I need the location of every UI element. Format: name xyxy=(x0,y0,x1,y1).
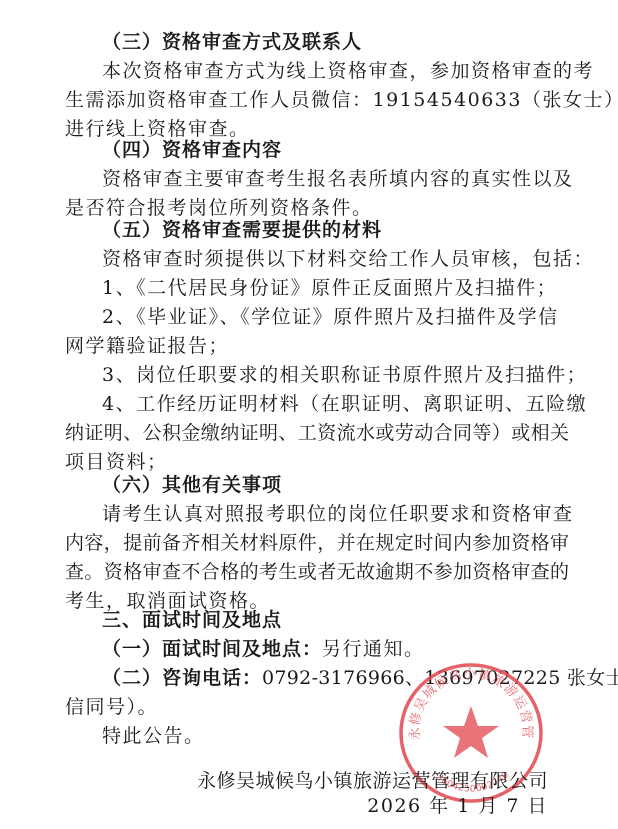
paragraph-line: 是否符合报考岗位所列资格条件。 xyxy=(65,196,545,220)
paragraph-line: 项目资料； xyxy=(65,450,545,474)
paragraph-line: 请考生认真对照报考职位的岗位任职要求和资格审查 xyxy=(102,502,582,526)
paragraph-line: 内容，提前备齐相关材料原件，并在规定时间内参加资格审 xyxy=(65,531,545,555)
paragraph-line: 资格审查主要审查考生报名表所填内容的真实性以及 xyxy=(102,167,582,191)
interview-time-value: 另行通知。 xyxy=(322,638,425,660)
interview-time-label: （一）面试时间及地点： xyxy=(102,638,322,660)
document-page: （三）资格审查方式及联系人 本次资格审查方式为线上资格审查，参加资格审查的考 生… xyxy=(0,0,618,829)
section-heading: （三）资格审查方式及联系人 xyxy=(102,30,582,54)
signature-date: 2026 年 1 月 7 日 xyxy=(367,794,548,818)
paragraph-line: 网学籍验证报告； xyxy=(65,334,545,358)
contact-phone-label: （二）咨询电话： xyxy=(102,667,262,689)
list-item: 2、《毕业证》、《学位证》原件照片及扫描件及学信 xyxy=(102,305,582,329)
paragraph-line: 生需添加资格审查工作人员微信：19154540633（张女士） xyxy=(65,88,545,112)
section-heading: （四）资格审查内容 xyxy=(102,138,582,162)
list-item: 3、岗位任职要求的相关职称证书原件照片及扫描件； xyxy=(102,363,582,387)
paragraph-line: 查。资格审查不合格的考生或者无故逾期不参加资格审查的 xyxy=(65,560,545,584)
paragraph-line: 本次资格审查方式为线上资格审查，参加资格审查的考 xyxy=(102,59,582,83)
section-heading: （五）资格审查需要提供的材料 xyxy=(102,218,582,242)
list-item: 4、工作经历证明材料（在职证明、离职证明、五险缴 xyxy=(102,392,582,416)
list-item: 1、《二代居民身份证》原件正反面照片及扫描件； xyxy=(102,276,582,300)
part-heading: 三、面试时间及地点 xyxy=(102,608,582,632)
paragraph-line: 资格审查时须提供以下材料交给工作人员审核，包括： xyxy=(102,247,582,271)
interview-time-line: （一）面试时间及地点：另行通知。 xyxy=(102,637,582,661)
paragraph-line: 纳证明、公积金缴纳证明、工资流水或劳动合同等）或相关 xyxy=(65,421,545,445)
signature-company: 永修吴城候鸟小镇旅游运营管理有限公司 xyxy=(197,769,548,793)
section-heading: （六）其他有关事项 xyxy=(102,473,582,497)
